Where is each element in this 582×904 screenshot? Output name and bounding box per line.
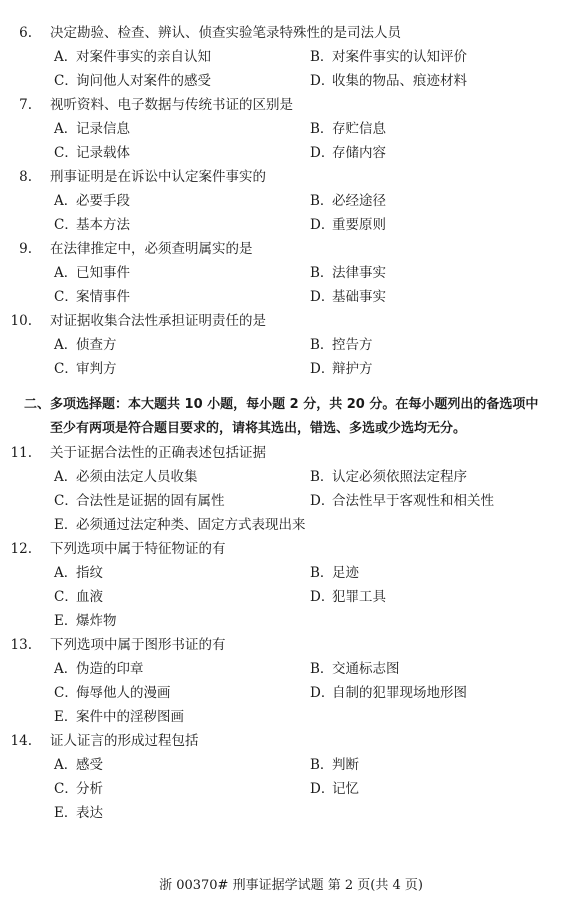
option-c: C．侮辱他人的漫画: [54, 684, 171, 702]
option-a: A．伪造的印章: [54, 660, 144, 678]
question-number: 11.: [2, 444, 32, 462]
option-b: B．法律事实: [310, 264, 386, 282]
question-text: 对证据收集合法性承担证明责任的是: [50, 312, 266, 330]
option-b: B．交通标志图: [310, 660, 400, 678]
option-a: A．感受: [54, 756, 103, 774]
option-c: C．询问他人对案件的感受: [54, 72, 211, 90]
question-text: 下列选项中属于图形书证的有: [50, 636, 226, 654]
option-a: A．已知事件: [54, 264, 130, 282]
option-b: B．足迹: [310, 564, 359, 582]
option-c: C．合法性是证据的固有属性: [54, 492, 225, 510]
page-footer: 浙 00370# 刑事证据学试题 第 2 页(共 4 页): [0, 874, 582, 893]
option-c: C．血液: [54, 588, 103, 606]
option-c: C．分析: [54, 780, 103, 798]
option-d: D．合法性早于客观性和相关性: [310, 492, 494, 510]
question-number: 14.: [2, 732, 32, 750]
question-text: 关于证据合法性的正确表述包括证据: [50, 444, 266, 462]
option-e: E．案件中的淫秽图画: [54, 708, 184, 726]
option-d: D．基础事实: [310, 288, 386, 306]
option-b: B．判断: [310, 756, 359, 774]
question-text: 决定勘验、检查、辨认、侦查实验笔录特殊性的是司法人员: [50, 24, 401, 42]
option-c: C．记录载体: [54, 144, 130, 162]
option-b: B．必经途径: [310, 192, 386, 210]
option-b: B．存贮信息: [310, 120, 386, 138]
option-b: B．对案件事实的认知评价: [310, 48, 467, 66]
option-d: D．自制的犯罪现场地形图: [310, 684, 467, 702]
question-number: 7.: [2, 96, 32, 114]
question-number: 8.: [2, 168, 32, 186]
option-c: C．案情事件: [54, 288, 130, 306]
option-c: C．审判方: [54, 360, 117, 378]
question-number: 10.: [2, 312, 32, 330]
option-d: D．犯罪工具: [310, 588, 386, 606]
question-text: 证人证言的形成过程包括: [50, 732, 199, 750]
question-number: 13.: [2, 636, 32, 654]
question-text: 下列选项中属于特征物证的有: [50, 540, 226, 558]
option-d: D．存储内容: [310, 144, 386, 162]
question-text: 刑事证明是在诉讼中认定案件事实的: [50, 168, 266, 186]
question-text: 视听资料、电子数据与传统书证的区别是: [50, 96, 293, 114]
option-e: E．表达: [54, 804, 103, 822]
option-e: E．爆炸物: [54, 612, 117, 630]
option-a: A．记录信息: [54, 120, 130, 138]
option-b: B．认定必须依照法定程序: [310, 468, 467, 486]
option-b: B．控告方: [310, 336, 373, 354]
option-e: E．必须通过法定种类、固定方式表现出来: [54, 516, 306, 534]
option-d: D．辩护方: [310, 360, 373, 378]
option-a: A．侦查方: [54, 336, 117, 354]
question-number: 6.: [2, 24, 32, 42]
option-c: C．基本方法: [54, 216, 130, 234]
option-d: D．重要原则: [310, 216, 386, 234]
option-a: A．必须由法定人员收集: [54, 468, 198, 486]
option-a: A．对案件事实的亲自认知: [54, 48, 211, 66]
question-number: 9.: [2, 240, 32, 258]
section-heading-cont: 至少有两项是符合题目要求的，请将其选出，错选、多选或少选均无分。: [50, 420, 466, 438]
question-text: 在法律推定中，必须查明属实的是: [50, 240, 253, 258]
section-heading: 二、多项选择题：本大题共 10 小题，每小题 2 分，共 20 分。在每小题列出…: [24, 396, 538, 414]
option-d: D．收集的物品、痕迹材料: [310, 72, 467, 90]
option-a: A．必要手段: [54, 192, 130, 210]
option-d: D．记忆: [310, 780, 359, 798]
question-number: 12.: [2, 540, 32, 558]
option-a: A．指纹: [54, 564, 103, 582]
